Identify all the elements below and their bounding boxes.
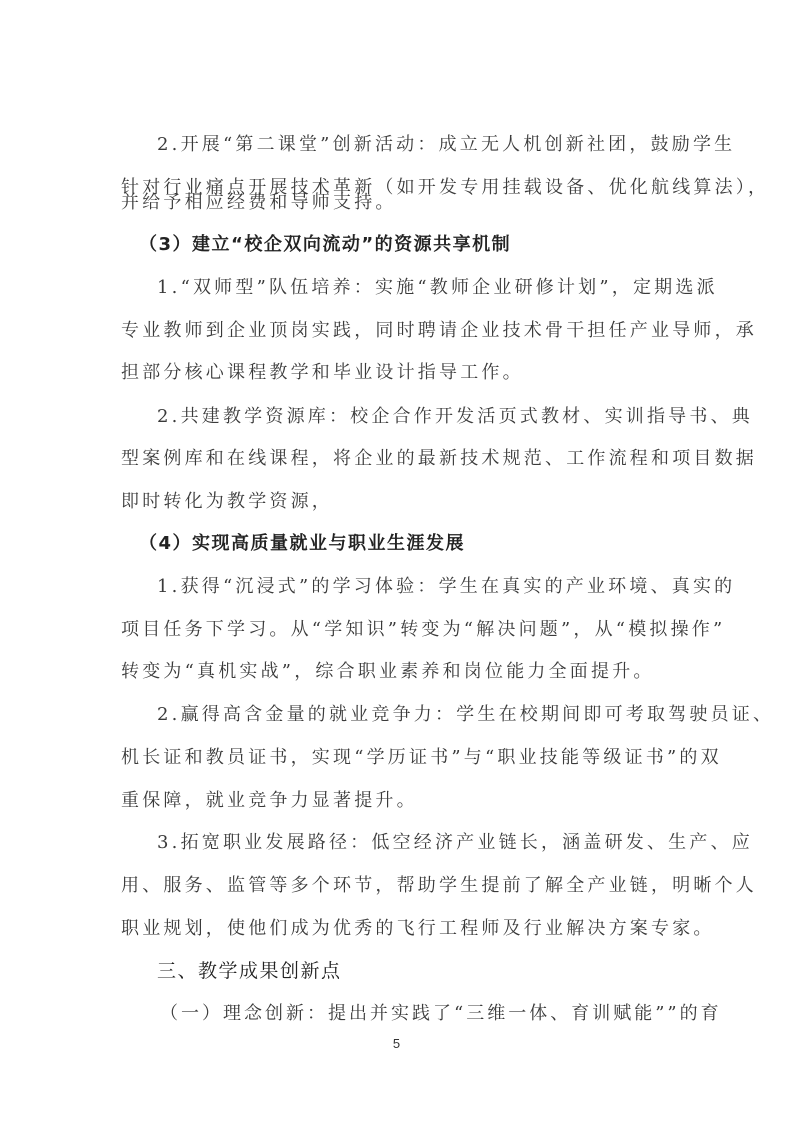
- paragraph-line: 专业教师到企业顶岗实践，同时聘请企业技术骨干担任产业导师，承: [121, 319, 676, 343]
- paragraph-line: 担部分核心课程教学和毕业设计指导工作。: [121, 361, 676, 385]
- paragraph-line: 1.获得“沉浸式”的学习体验：学生在真实的产业环境、真实的: [157, 575, 712, 599]
- paragraph-line: 转变为“真机实战”，综合职业素养和岗位能力全面提升。: [121, 660, 676, 684]
- paragraph-line: 即时转化为教学资源，: [121, 490, 676, 514]
- subheading: （3）建立“校企双向流动”的资源共享机制: [139, 233, 694, 257]
- section-heading: 三、教学成果创新点: [157, 959, 712, 983]
- paragraph-line: （一）理念创新：提出并实践了“三维一体、育训赋能””的育: [160, 1002, 715, 1026]
- paragraph-line: 2.共建教学资源库：校企合作开发活页式教材、实训指导书、典: [157, 405, 712, 429]
- paragraph-line: 重保障，就业竞争力显著提升。: [121, 789, 676, 813]
- paragraph-line: 2.开展“第二课堂”创新活动：成立无人机创新社团，鼓励学生: [157, 133, 712, 157]
- paragraph-line: 1.“双师型”队伍培养：实施“教师企业研修计划”，定期选派: [157, 276, 712, 300]
- paragraph-line: 机长证和教员证书，实现“学历证书”与“职业技能等级证书”的双: [121, 746, 676, 770]
- subheading: （4）实现高质量就业与职业生涯发展: [139, 532, 694, 556]
- paragraph-line: 项目任务下学习。从“学知识”转变为“解决问题”，从“模拟操作”: [121, 618, 676, 642]
- page-number: 5: [0, 1036, 793, 1051]
- paragraph-line: 2.赢得高含金量的就业竞争力：学生在校期间即可考取驾驶员证、: [157, 703, 712, 727]
- paragraph-line: 用、服务、监管等多个环节，帮助学生提前了解全产业链，明晰个人: [121, 874, 676, 898]
- paragraph-line: 并给予相应经费和导师支持。: [121, 191, 676, 215]
- paragraph-line: 职业规划，使他们成为优秀的飞行工程师及行业解决方案专家。: [121, 917, 676, 941]
- paragraph-line: 型案例库和在线课程，将企业的最新技术规范、工作流程和项目数据: [121, 447, 676, 471]
- paragraph-line: 3.拓宽职业发展路径：低空经济产业链长，涵盖研发、生产、应: [157, 831, 712, 855]
- document-page: 2.开展“第二课堂”创新活动：成立无人机创新社团，鼓励学生 针对行业痛点开展技术…: [0, 0, 793, 1122]
